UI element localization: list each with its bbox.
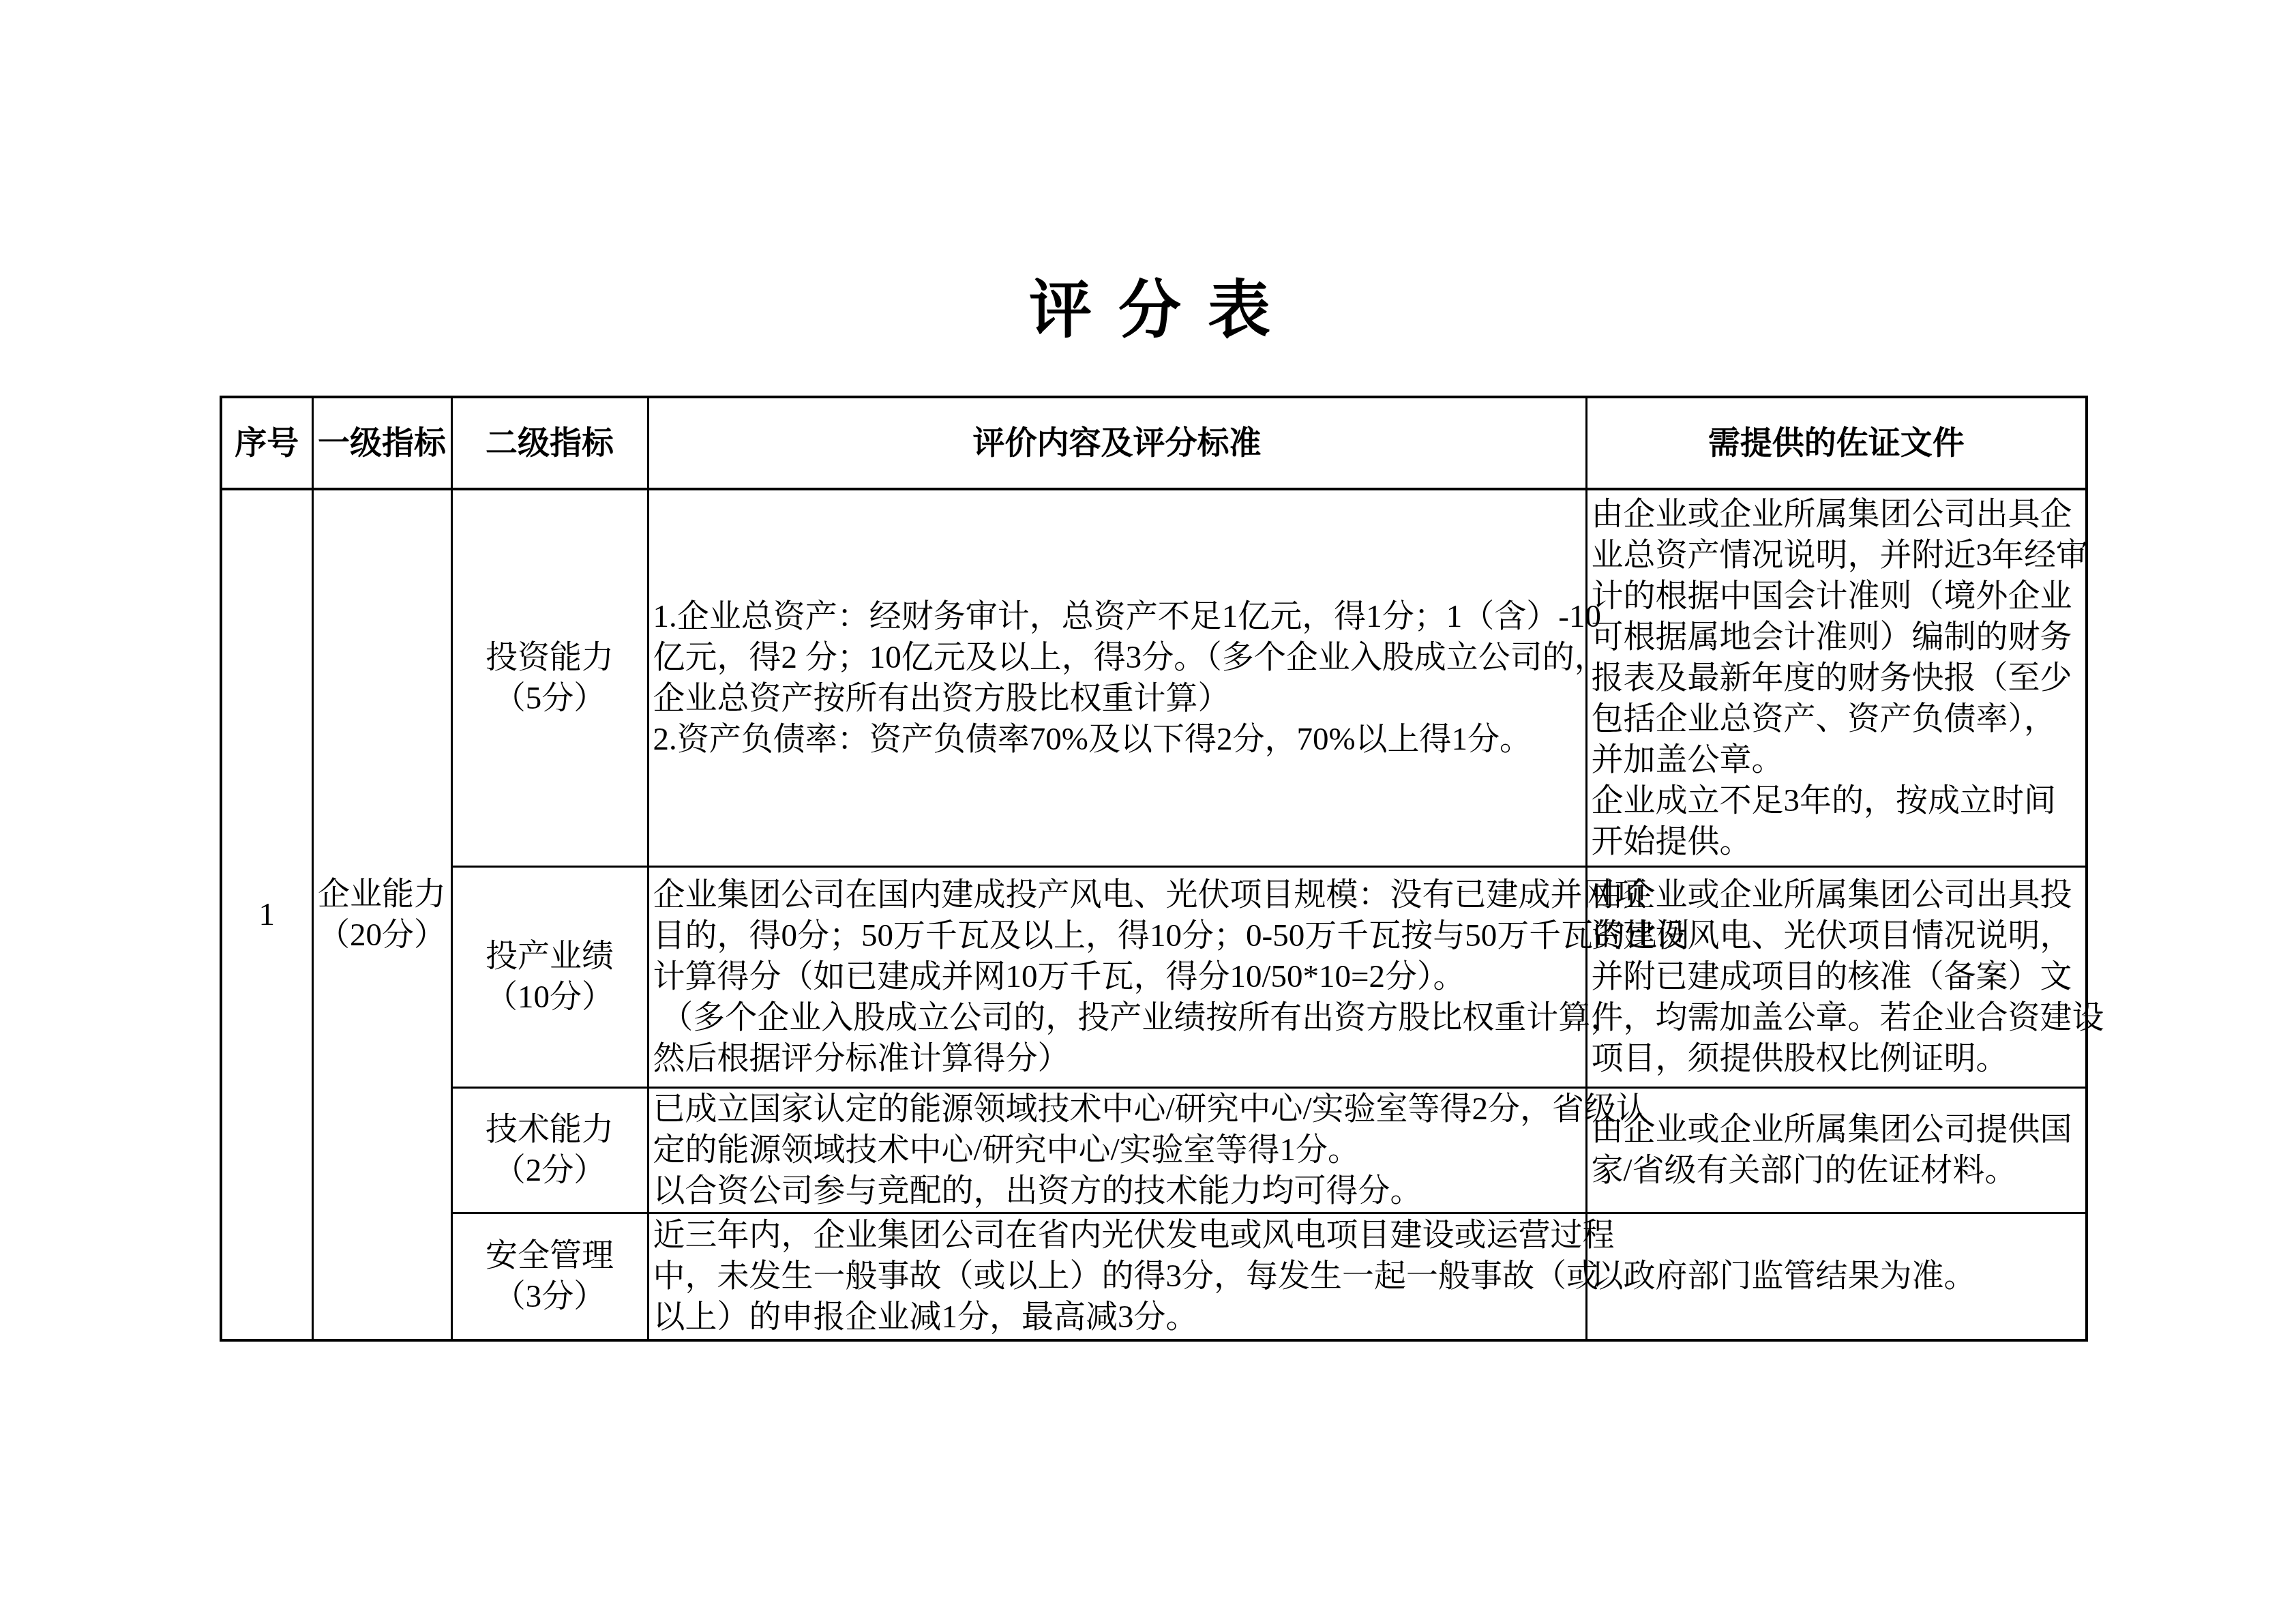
header-primary-indicator: 一级指标 [312,397,451,489]
criteria-cell: 企业集团公司在国内建成投产风电、光伏项目规模：没有已建成并网项 目的，得0分；5… [648,866,1586,1087]
primary-indicator-cell: 企业能力 （20分） [312,489,451,1340]
table-row: 技术能力 （2分） 已成立国家认定的能源领域技术中心/研究中心/实验室等得2分，… [221,1087,2087,1213]
criteria-cell: 已成立国家认定的能源领域技术中心/研究中心/实验室等得2分，省级认 定的能源领域… [648,1087,1586,1213]
scoring-table: 序号 一级指标 二级指标 评价内容及评分标准 需提供的佐证文件 1 企业能力 （… [220,396,2088,1342]
evidence-cell: 由企业或企业所属集团公司出具企 业总资产情况说明，并附近3年经审 计的根据中国会… [1586,489,2087,866]
criteria-cell: 近三年内，企业集团公司在省内光伏发电或风电项目建设或运营过程 中，未发生一般事故… [648,1213,1586,1340]
page-title: 评 分 表 [220,273,2085,348]
table-row: 1 企业能力 （20分） 投资能力 （5分） 1.企业总资产：经财务审计，总资产… [221,489,2087,866]
table-header-row: 序号 一级指标 二级指标 评价内容及评分标准 需提供的佐证文件 [221,397,2087,489]
table-row: 安全管理 （3分） 近三年内，企业集团公司在省内光伏发电或风电项目建设或运营过程… [221,1213,2087,1340]
secondary-indicator-cell: 技术能力 （2分） [451,1087,648,1213]
evidence-cell: 由企业或企业所属集团公司出具投 资建设风电、光伏项目情况说明， 并附已建成项目的… [1586,866,2087,1087]
header-serial-no: 序号 [221,397,312,489]
secondary-indicator-cell: 投产业绩 （10分） [451,866,648,1087]
header-secondary-indicator: 二级指标 [451,397,648,489]
serial-no-cell: 1 [221,489,312,1340]
table-row: 投产业绩 （10分） 企业集团公司在国内建成投产风电、光伏项目规模：没有已建成并… [221,866,2087,1087]
header-criteria: 评价内容及评分标准 [648,397,1586,489]
criteria-cell: 1.企业总资产：经财务审计，总资产不足1亿元，得1分；1（含）-10 亿元，得2… [648,489,1586,866]
evidence-cell: 以政府部门监管结果为准。 [1586,1213,2087,1340]
secondary-indicator-cell: 投资能力 （5分） [451,489,648,866]
secondary-indicator-cell: 安全管理 （3分） [451,1213,648,1340]
header-evidence: 需提供的佐证文件 [1586,397,2087,489]
evidence-cell: 由企业或企业所属集团公司提供国 家/省级有关部门的佐证材料。 [1586,1087,2087,1213]
